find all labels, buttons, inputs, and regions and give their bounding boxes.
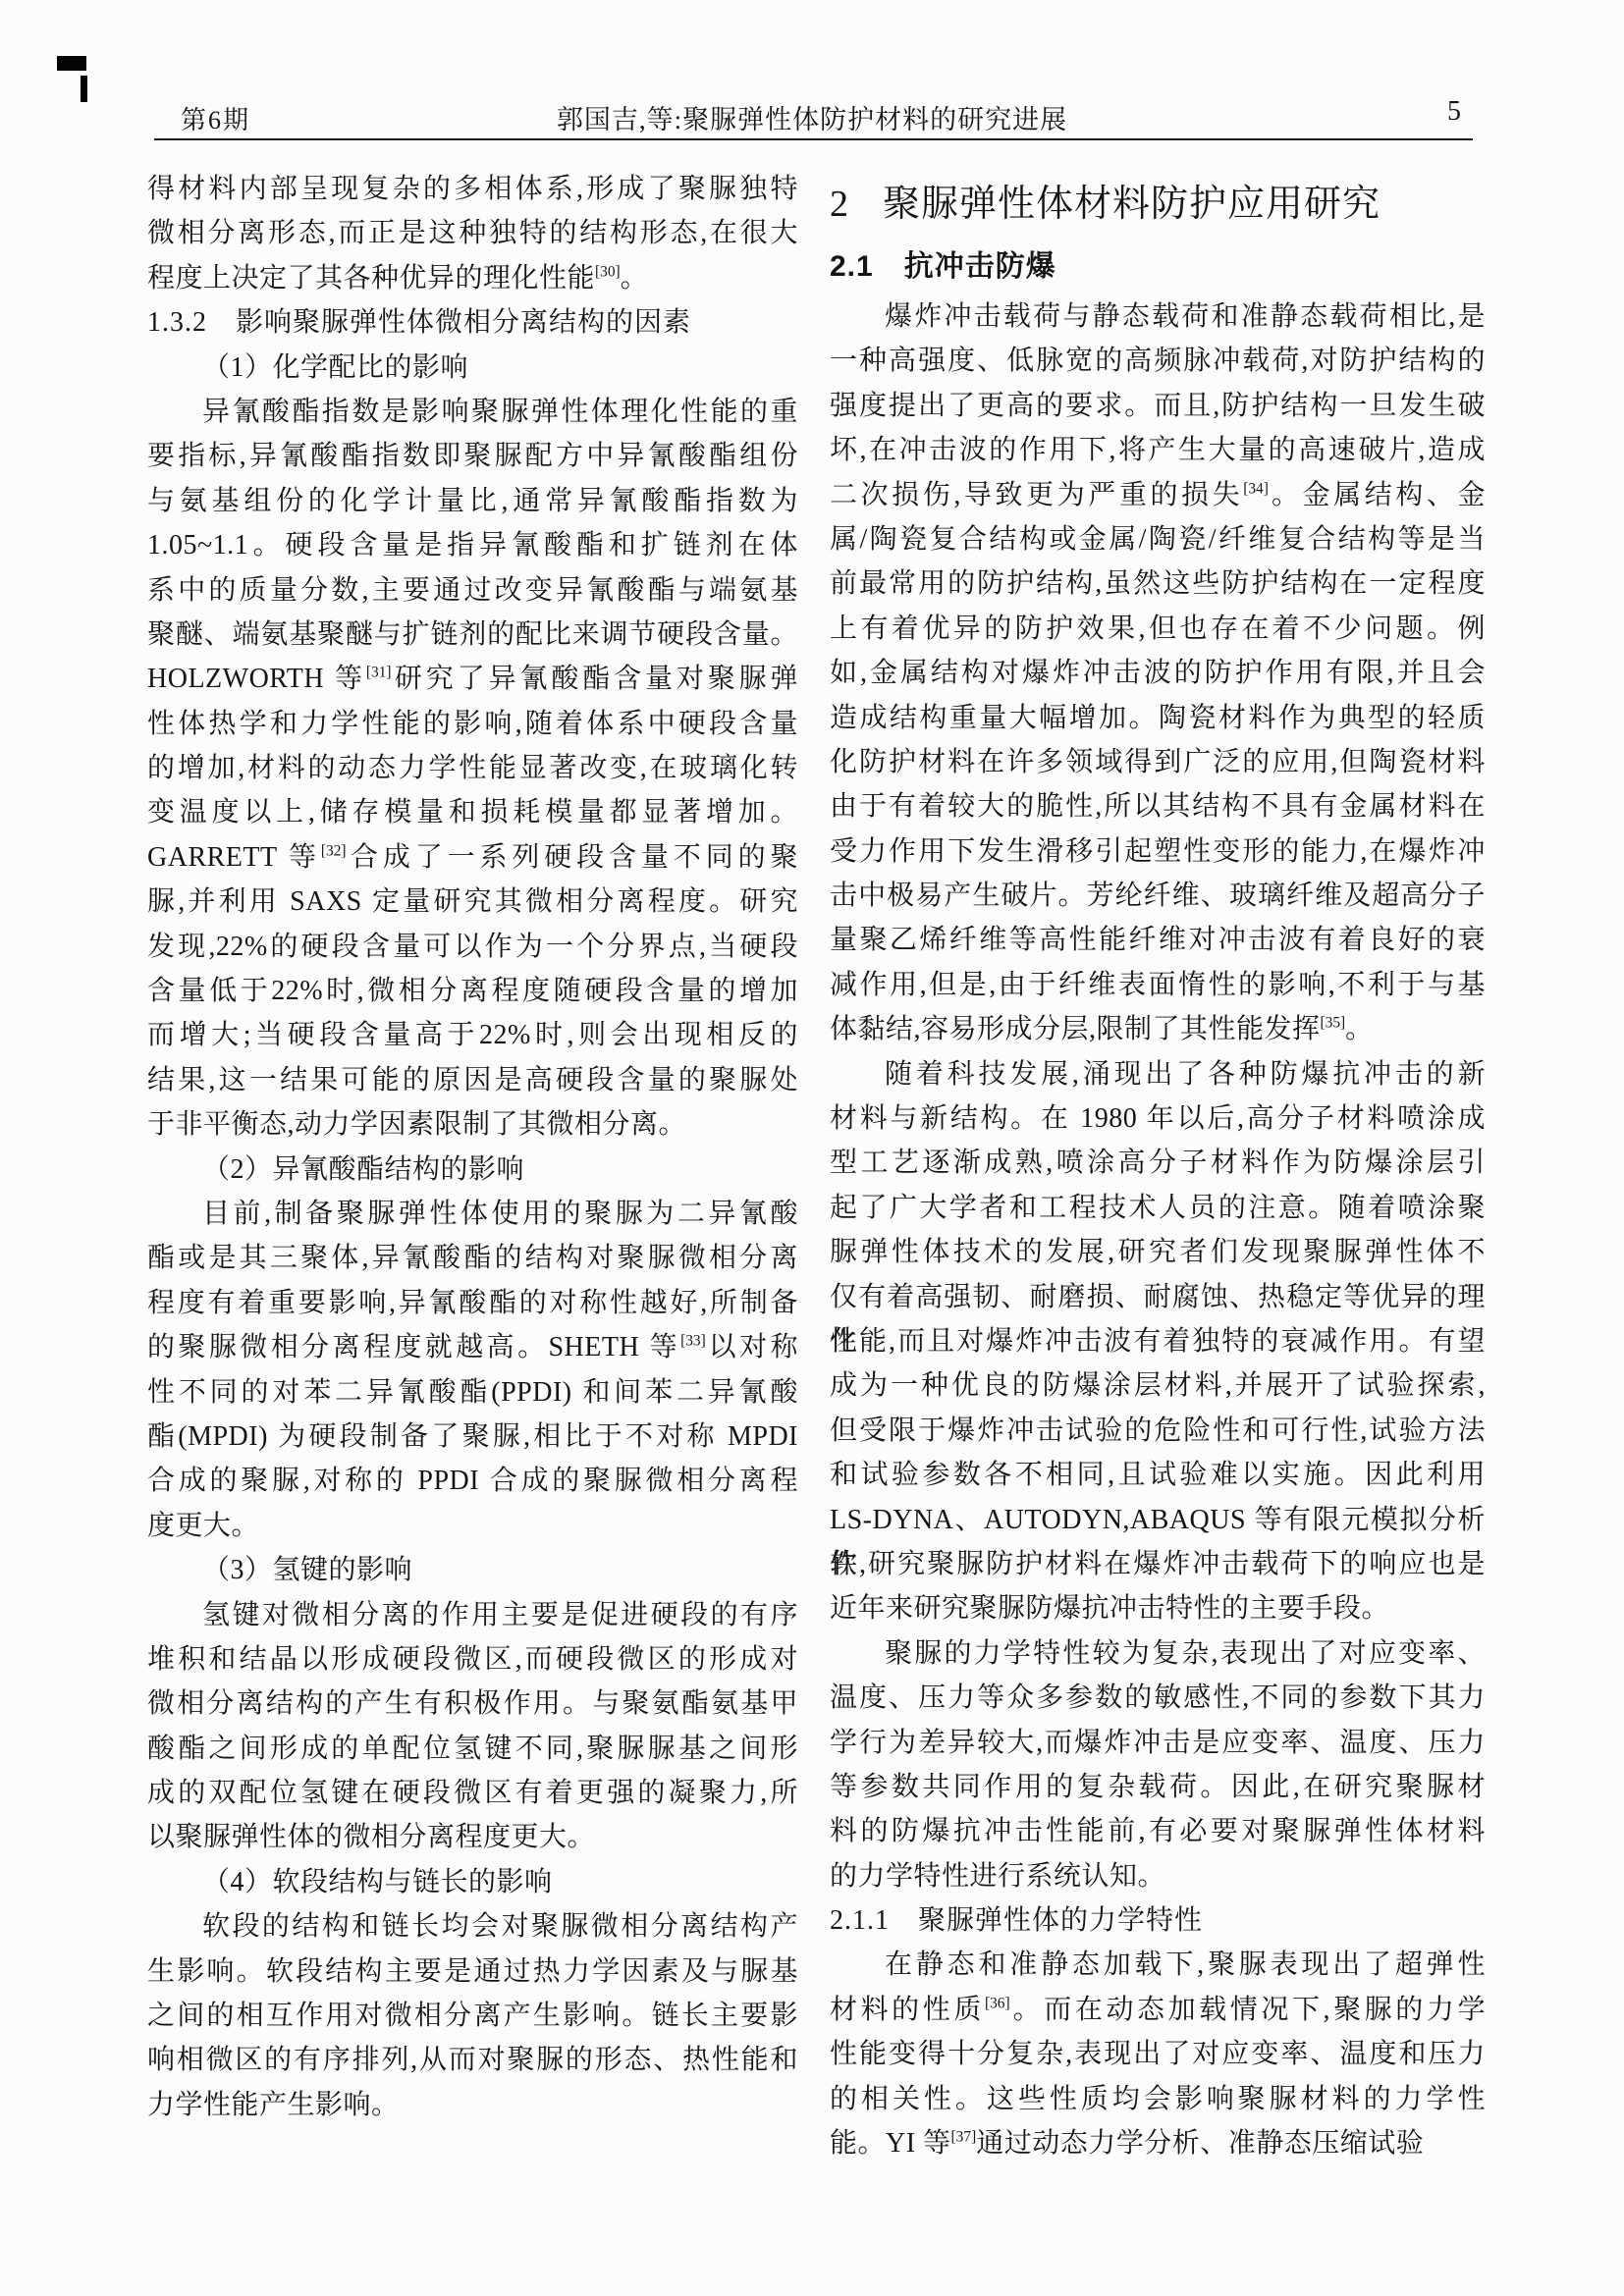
text-line: 酸酯之间形成的单配位氢键不同,聚脲脲基之间形 bbox=[147, 1727, 798, 1771]
text-line: 在静态和准静态加载下,聚脲表现出了超弹性 bbox=[830, 1943, 1486, 1987]
text-line: 酯(MPDI) 为硬段制备了聚脲,相比于不对称 MPDI bbox=[147, 1415, 798, 1459]
text-line: 由于有着较大的脆性,所以其结构不具有金属材料在 bbox=[830, 784, 1486, 828]
text-line: 温度、压力等众多参数的敏感性,不同的参数下其力 bbox=[830, 1676, 1486, 1720]
text-line: 体黏结,容易形成分层,限制了其性能发挥[35]。 bbox=[830, 1007, 1486, 1051]
text-line: 近年来研究聚脲防爆抗冲击特性的主要手段。 bbox=[830, 1586, 1486, 1630]
text-line: 性能变得十分复杂,表现出了对应变率、温度和压力 bbox=[830, 2032, 1486, 2076]
text-line: 响相微区的有序排列,从而对聚脲的形态、热性能和 bbox=[147, 2038, 798, 2082]
section-heading: 2聚脲弹性体材料防护应用研究 bbox=[830, 177, 1486, 232]
text-line: 如,金属结构对爆炸冲击波的防护作用有限,并且会 bbox=[830, 651, 1486, 695]
text-line: 的相关性。这些性质均会影响聚脲材料的力学性 bbox=[830, 2077, 1486, 2121]
text-line: 化防护材料在许多领域得到广泛的应用,但陶瓷材料 bbox=[830, 740, 1486, 784]
text-line: 目前,制备聚脲弹性体使用的聚脲为二异氰酸 bbox=[147, 1192, 798, 1236]
right-column-text: 爆炸冲击载荷与静态载荷和准静态载荷相比,是一种高强度、低脉宽的高频脉冲载荷,对防… bbox=[830, 294, 1486, 2165]
text-line: 量聚乙烯纤维等高性能纤维对冲击波有着良好的衰 bbox=[830, 918, 1486, 962]
right-column: 2聚脲弹性体材料防护应用研究 2.1 抗冲击防爆 爆炸冲击载荷与静态载荷和准静态… bbox=[830, 165, 1486, 2165]
left-column-text: 得材料内部呈现复杂的多相体系,形成了聚脲独特微相分离形态,而正是这种独特的结构形… bbox=[147, 167, 798, 2127]
text-line: 于非平衡态,动力学因素限制了其微相分离。 bbox=[147, 1102, 798, 1147]
text-line: 变温度以上,储存模量和损耗模量都显著增加。 bbox=[147, 790, 798, 834]
text-line: 受力作用下发生滑移引起塑性变形的能力,在爆炸冲 bbox=[830, 829, 1486, 874]
text-line: （4）软段结构与链长的影响 bbox=[147, 1860, 798, 1904]
text-line: 生影响。软段结构主要是通过热力学因素及与脲基 bbox=[147, 1949, 798, 1994]
text-line: 与氨基组份的化学计量比,通常异氰酸酯指数为 bbox=[147, 479, 798, 523]
text-line: 等参数共同作用的复杂载荷。因此,在研究聚脲材 bbox=[830, 1765, 1486, 1809]
text-line: 堆积和结晶以形成硬段微区,而硬段微区的形成对 bbox=[147, 1637, 798, 1682]
text-line: 但受限于爆炸冲击试验的危险性和可行性,试验方法 bbox=[830, 1409, 1486, 1453]
text-line: 聚脲的力学特性较为复杂,表现出了对应变率、 bbox=[830, 1631, 1486, 1676]
text-line: 2.1.1 聚脲弹性体的力学特性 bbox=[830, 1898, 1486, 1943]
text-line: 而增大;当硬段含量高于22%时,则会出现相反的 bbox=[147, 1013, 798, 1057]
text-line: 前最常用的防护结构,虽然这些防护结构在一定程度 bbox=[830, 561, 1486, 606]
text-line: 性能,而且对爆炸冲击波有着独特的衰减作用。有望 bbox=[830, 1319, 1486, 1363]
text-line: 材料的性质[36]。而在动态加载情况下,聚脲的力学 bbox=[830, 1988, 1486, 2032]
text-line: 的聚脲微相分离程度就越高。SHETH 等[33]以对称 bbox=[147, 1325, 798, 1369]
text-line: 的增加,材料的动态力学性能显著改变,在玻璃化转 bbox=[147, 746, 798, 790]
text-line: 能。YI 等[37]通过动态力学分析、准静态压缩试验 bbox=[830, 2121, 1486, 2165]
text-line: 合成的聚脲,对称的 PPDI 合成的聚脲微相分离程 bbox=[147, 1459, 798, 1503]
section-number: 2 bbox=[830, 177, 849, 232]
text-line: 脲弹性体技术的发展,研究者们发现聚脲弹性体不 bbox=[830, 1230, 1486, 1274]
left-column: 得材料内部呈现复杂的多相体系,形成了聚脲独特微相分离形态,而正是这种独特的结构形… bbox=[147, 167, 798, 2127]
text-line: 微相分离结构的产生有积极作用。与聚氨酯氨基甲 bbox=[147, 1682, 798, 1726]
text-line: 材料与新结构。在 1980 年以后,高分子材料喷涂成 bbox=[830, 1096, 1486, 1141]
text-line: 性不同的对苯二异氰酸酯(PPDI) 和间苯二异氰酸 bbox=[147, 1370, 798, 1415]
text-line: 料的防爆抗冲击性能前,有必要对聚脲弹性体材料 bbox=[830, 1809, 1486, 1853]
scan-artifact bbox=[81, 76, 87, 102]
text-line: 成的双配位氢键在硬段微区有着更强的凝聚力,所 bbox=[147, 1771, 798, 1815]
text-line: 1.05~1.1。硬段含量是指异氰酸酯和扩链剂在体 bbox=[147, 523, 798, 567]
text-line: 随着科技发展,涌现出了各种防爆抗冲击的新 bbox=[830, 1052, 1486, 1096]
text-line: 力学性能产生影响。 bbox=[147, 2083, 798, 2127]
scan-artifact bbox=[57, 56, 86, 71]
text-line: 酯或是其三聚体,异氰酸酯的结构对聚脲微相分离 bbox=[147, 1236, 798, 1280]
text-line: 二次损伤,导致更为严重的损失[34]。金属结构、金 bbox=[830, 473, 1486, 517]
text-line: 强度提出了更高的要求。而且,防护结构一旦发生破 bbox=[830, 384, 1486, 428]
text-line: （2）异氰酸酯结构的影响 bbox=[147, 1148, 798, 1192]
journal-page: 第6期 郭国吉,等:聚脲弹性体防护材料的研究进展 5 得材料内部呈现复杂的多相体… bbox=[0, 0, 1624, 2296]
text-line: 软段的结构和链长均会对聚脲微相分离结构产 bbox=[147, 1904, 798, 1949]
text-line: 度更大。 bbox=[147, 1504, 798, 1548]
page-number: 5 bbox=[1447, 96, 1461, 128]
text-line: 氢键对微相分离的作用主要是促进硬段的有序 bbox=[147, 1593, 798, 1637]
page-header: 第6期 郭国吉,等:聚脲弹性体防护材料的研究进展 5 bbox=[147, 96, 1477, 137]
text-line: GARRETT 等[32]合成了一系列硬段含量不同的聚 bbox=[147, 835, 798, 880]
text-line: （1）化学配比的影响 bbox=[147, 346, 798, 390]
text-line: 和试验参数各不相同,且试验难以实施。因此利用 bbox=[830, 1453, 1486, 1497]
text-line: 的力学特性进行系统认知。 bbox=[830, 1854, 1486, 1898]
text-line: 得材料内部呈现复杂的多相体系,形成了聚脲独特 bbox=[147, 167, 798, 211]
text-line: 聚醚、端氨基聚醚与扩链剂的配比来调节硬段含量。 bbox=[147, 613, 798, 657]
text-line: 起了广大学者和工程技术人员的注意。随着喷涂聚 bbox=[830, 1186, 1486, 1230]
text-line: 爆炸冲击载荷与静态载荷和准静态载荷相比,是 bbox=[830, 294, 1486, 339]
text-line: 坏,在冲击波的作用下,将产生大量的高速破片,造成 bbox=[830, 428, 1486, 472]
text-line: 要指标,异氰酸酯指数即聚脲配方中异氰酸酯组份 bbox=[147, 434, 798, 478]
text-line: 含量低于22%时,微相分离程度随硬段含量的增加 bbox=[147, 969, 798, 1013]
text-line: 减作用,但是,由于纤维表面惰性的影响,不利于与基 bbox=[830, 963, 1486, 1007]
text-line: 发现,22%的硬段含量可以作为一个分界点,当硬段 bbox=[147, 925, 798, 969]
text-line: 之间的相互作用对微相分离产生影响。链长主要影 bbox=[147, 1994, 798, 2038]
text-line: （3）氢键的影响 bbox=[147, 1548, 798, 1592]
text-line: 型工艺逐渐成熟,喷涂高分子材料作为防爆涂层引 bbox=[830, 1141, 1486, 1185]
text-line: 属/陶瓷复合结构或金属/陶瓷/纤维复合结构等是当 bbox=[830, 517, 1486, 561]
text-line: 成为一种优良的防爆涂层材料,并展开了试验探索, bbox=[830, 1363, 1486, 1408]
header-rule bbox=[154, 138, 1473, 140]
text-line: 件,研究聚脲防护材料在爆炸冲击载荷下的响应也是 bbox=[830, 1542, 1486, 1586]
text-line: 程度有着重要影响,异氰酸酯的对称性越好,所制备 bbox=[147, 1281, 798, 1325]
text-line: 系中的质量分数,主要通过改变异氰酸酯与端氨基 bbox=[147, 568, 798, 613]
text-line: 以聚脲弹性体的微相分离程度更大。 bbox=[147, 1815, 798, 1859]
text-line: 异氰酸酯指数是影响聚脲弹性体理化性能的重 bbox=[147, 390, 798, 434]
text-line: 仅有着高强韧、耐磨损、耐腐蚀、热稳定等优异的理化 bbox=[830, 1275, 1486, 1319]
text-line: 程度上决定了其各种优异的理化性能[30]。 bbox=[147, 256, 798, 300]
text-line: 1.3.2 影响聚脲弹性体微相分离结构的因素 bbox=[147, 300, 798, 345]
text-line: 一种高强度、低脉宽的高频脉冲载荷,对防护结构的 bbox=[830, 339, 1486, 383]
text-line: 击中极易产生破片。芳纶纤维、玻璃纤维及超高分子 bbox=[830, 874, 1486, 918]
text-line: 造成结构重量大幅增加。陶瓷材料作为典型的轻质 bbox=[830, 696, 1486, 740]
subsection-heading: 2.1 抗冲击防爆 bbox=[830, 247, 1486, 287]
text-line: 性体热学和力学性能的影响,随着体系中硬段含量 bbox=[147, 702, 798, 746]
text-line: HOLZWORTH 等[31]研究了异氰酸酯含量对聚脲弹 bbox=[147, 657, 798, 701]
running-title: 郭国吉,等:聚脲弹性体防护材料的研究进展 bbox=[147, 98, 1477, 136]
text-line: 学行为差异较大,而爆炸冲击是应变率、温度、压力 bbox=[830, 1721, 1486, 1765]
text-line: 微相分离形态,而正是这种独特的结构形态,在很大 bbox=[147, 211, 798, 255]
text-line: 脲,并利用 SAXS 定量研究其微相分离程度。研究 bbox=[147, 880, 798, 924]
section-title: 聚脲弹性体材料防护应用研究 bbox=[883, 184, 1380, 225]
text-line: LS-DYNA、AUTODYN,ABAQUS 等有限元模拟分析软 bbox=[830, 1498, 1486, 1542]
text-line: 结果,这一结果可能的原因是高硬段含量的聚脲处 bbox=[147, 1058, 798, 1102]
text-line: 上有着优异的防护效果,但也存在着不少问题。例 bbox=[830, 607, 1486, 651]
